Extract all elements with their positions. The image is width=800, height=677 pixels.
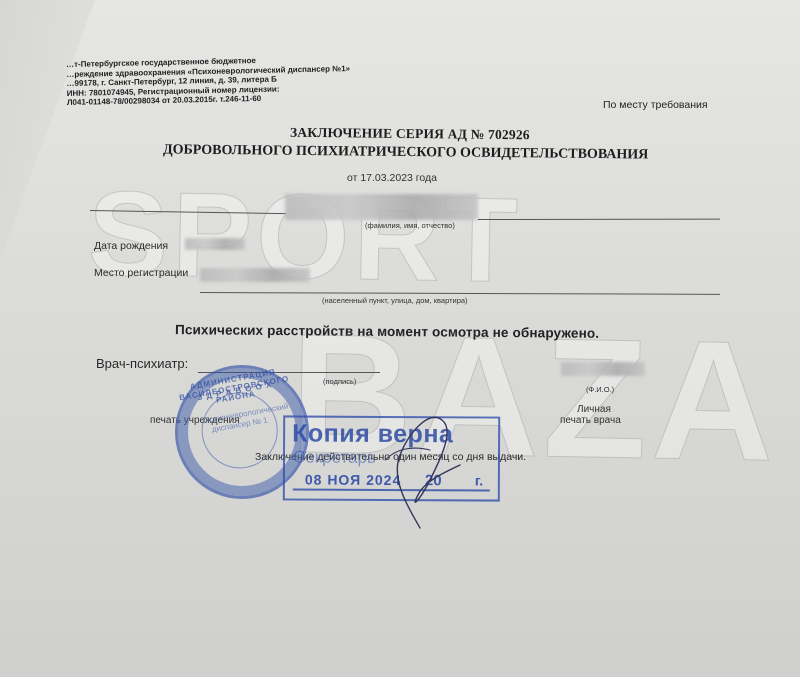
personal-seal-label-2: печать врача [560, 415, 621, 426]
document-subtitle: ДОБРОВОЛЬНОГО ПСИХИАТРИЧЕСКОГО ОСВИДЕТЕЛ… [163, 142, 648, 163]
examination-finding: Психических расстройств на момент осмотр… [175, 322, 599, 341]
document-title: ЗАКЛЮЧЕНИЕ СЕРИЯ АД № 702926 [290, 125, 530, 144]
registration-caption: (населенный пункт, улица, дом, квартира) [322, 296, 468, 305]
personal-seal-label-1: Личная [577, 404, 611, 415]
certified-copy-stamp: Копия верна Секретарь 08 НОЯ 2024 20 г. [283, 415, 500, 501]
signature-caption: (подпись) [323, 377, 356, 386]
copy-stamp-date: 08 НОЯ 2024 [305, 472, 401, 489]
redacted-doctor-name [561, 362, 645, 376]
issue-date: от 17.03.2023 года [347, 172, 437, 184]
redacted-registration [200, 268, 310, 282]
registration-label: Место регистрации [94, 267, 188, 279]
copy-stamp-title: Копия верна [292, 419, 453, 449]
watermark-line1: SPORT [87, 164, 523, 310]
recipient: По месту требования [603, 99, 708, 111]
copy-stamp-underline [293, 488, 490, 491]
copy-stamp-year-suffix: г. [475, 472, 483, 488]
doctor-label: Врач-психиатр: [96, 356, 188, 371]
redacted-birth-date [185, 238, 245, 250]
birth-date-label: Дата рождения [94, 240, 168, 252]
name-line-left [90, 210, 286, 214]
name-line-right [478, 219, 720, 221]
copy-stamp-year: 20 [425, 472, 442, 489]
organization-header: …т-Петербургское государственное бюджетн… [66, 54, 351, 107]
full-name-caption: (фамилия, имя, отчество) [365, 221, 455, 230]
name-caption: (Ф.И.О.) [586, 385, 614, 394]
paper-fold-corner [0, 0, 95, 260]
copy-stamp-role: Секретарь [293, 447, 376, 467]
redacted-full-name [285, 194, 478, 220]
registration-line [200, 292, 720, 295]
